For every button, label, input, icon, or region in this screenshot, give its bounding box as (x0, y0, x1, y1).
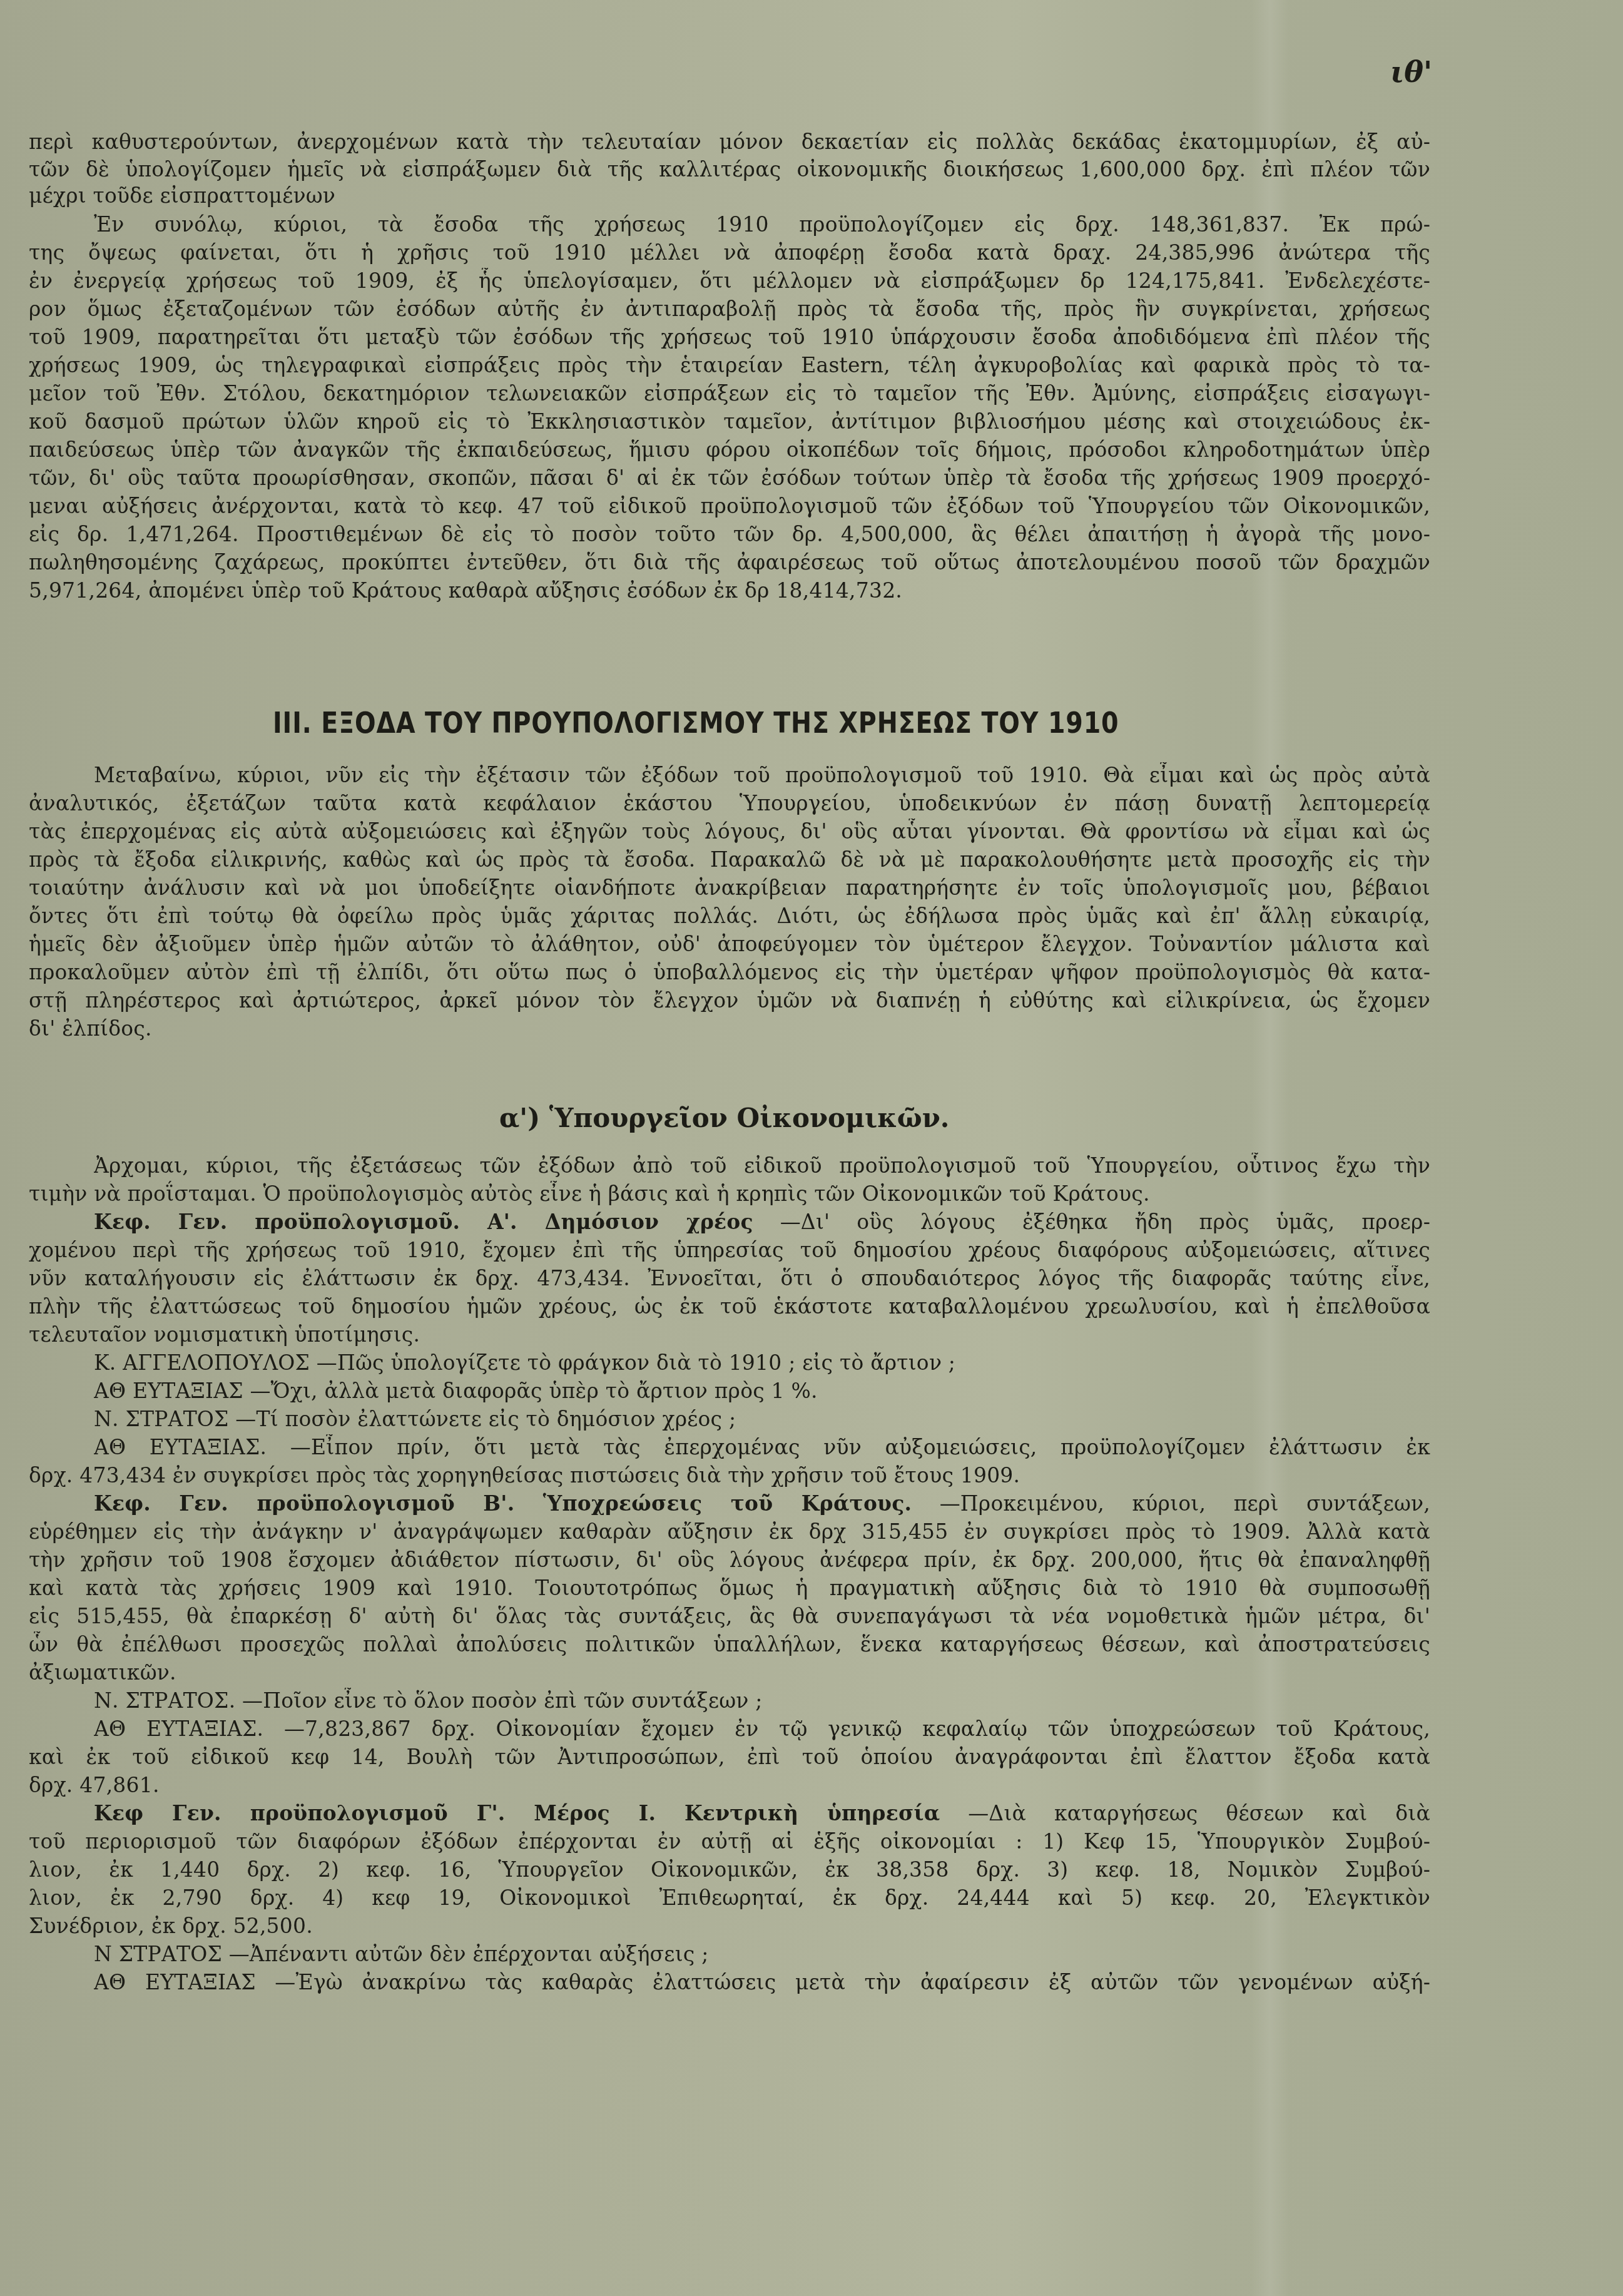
text-line: νῦν καταλήγουσιν εἰς ἐλάττωσιν ἐκ δρχ. 4… (29, 1265, 1430, 1292)
text-line-content: πλὴν τῆς ἐλαττώσεως τοῦ δημοσίου ἡμῶν χρ… (29, 1294, 1430, 1319)
text-line-content: Ἐν συνόλῳ, κύριοι, τὰ ἔσοδα τῆς χρήσεως … (94, 212, 1430, 237)
text-line-content: τὰς ἐπερχομένας εἰς αὐτὰ αὐξομειώσεις κα… (29, 819, 1430, 844)
text-line-content: ρον ὅμως ἐξεταζομένων τῶν ἐσόδων αὐτῆς ἐ… (29, 297, 1430, 321)
text-line: Ἀρχομαι, κύριοι, τῆς ἐξετάσεως τῶν ἐξόδω… (94, 1153, 1430, 1179)
text-line-content: ἡμεῖς δὲν ἀξιοῦμεν ὑπὲρ ἡμῶν αὐτῶν τὸ ἀλ… (29, 932, 1430, 956)
text-line: τὴν χρῆσιν τοῦ 1908 ἔσχομεν ἀδιάθετον πί… (29, 1547, 1430, 1573)
text-line-content: Ν. ΣΤΡΑΤΟΣ —Τί ποσὸν ἐλαττώνετε εἰς τὸ δ… (94, 1407, 736, 1431)
text-line: Συνέδριον, ἐκ δρχ. 52,500. (29, 1913, 1430, 1939)
text-line-content: εἰς δρ. 1,471,264. Προστιθεμένων δὲ εἰς … (29, 522, 1430, 546)
text-line: τοῦ περιορισμοῦ τῶν διαφόρων ἐξόδων ἐπέρ… (29, 1829, 1430, 1855)
text-line-content: ΑΘ ΕΥΤΑΞΙΑΣ. —Εἶπον πρίν, ὅτι μετὰ τὰς ἐ… (94, 1435, 1430, 1459)
text-line-content: ΑΘ ΕΥΤΑΞΙΑΣ. —7,823,867 δρχ. Οἰκονομίαν … (94, 1717, 1430, 1741)
text-line: παιδεύσεως ὑπὲρ τῶν ἀναγκῶν τῆς ἐκπαιδεύ… (29, 437, 1430, 463)
text-line-content: τὴν χρῆσιν τοῦ 1908 ἔσχομεν ἀδιάθετον πί… (29, 1548, 1430, 1572)
text-line: ΑΘ ΕΥΤΑΞΙΑΣ —Ἐγὼ ἀνακρίνω τὰς καθαρὰς ἐλ… (94, 1969, 1430, 1996)
chapter-label: Κεφ. Γεν. προϋπολογισμοῦ. Α'. Δημόσιον χ… (94, 1210, 753, 1234)
text-line-content: εἰς 515,455, θὰ ἐπαρκέσῃ δ' αὐτὴ δι' ὅλα… (29, 1604, 1430, 1628)
text-line-content: Ν. ΣΤΡΑΤΟΣ. —Ποῖον εἶνε τὸ ὅλον ποσὸν ἐπ… (94, 1688, 763, 1713)
text-line-content: πωληθησομένης ζαχάρεως, προκύπτει ἐντεῦθ… (29, 550, 1430, 574)
text-line: ἀξιωματικῶν. (29, 1660, 1430, 1686)
text-line: λιον, ἐκ 1,440 δρχ. 2) κεφ. 16, Ὑπουργεῖ… (29, 1857, 1430, 1883)
text-line-content: Ἀρχομαι, κύριοι, τῆς ἐξετάσεως τῶν ἐξόδω… (94, 1153, 1430, 1178)
text-line: τῶν δὲ ὑπολογίζομεν ἡμεῖς νὰ εἰσπράξωμεν… (29, 156, 1430, 183)
text-line-content: χομένου περὶ τῆς χρήσεως τοῦ 1910, ἔχομε… (29, 1238, 1430, 1262)
text-line: δρχ. 473,434 ἐν συγκρίσει πρὸς τὰς χορηγ… (29, 1462, 1430, 1489)
text-line: ὄντες ὅτι ἐπὶ τούτῳ θὰ ὀφείλω πρὸς ὑμᾶς … (29, 903, 1430, 929)
text-line-content: ἀναλυτικός, ἐξετάζων ταῦτα κατὰ κεφάλαιο… (29, 791, 1430, 815)
text-line: δι' ἐλπίδος. (29, 1016, 1430, 1042)
text-line-content: καὶ ἐκ τοῦ εἰδικοῦ κεφ 14, Βουλὴ τῶν Ἀντ… (29, 1745, 1430, 1769)
text-line-content: δρχ. 47,861. (29, 1773, 160, 1797)
text-line-content: δι' ἐλπίδος. (29, 1016, 152, 1041)
text-line: πωληθησομένης ζαχάρεως, προκύπτει ἐντεῦθ… (29, 549, 1430, 576)
text-line: τοιαύτην ἀνάλυσιν καὶ νὰ μοι ὑποδείξητε … (29, 875, 1430, 901)
text-line-content: ἀξιωματικῶν. (29, 1660, 176, 1685)
text-line: ἐν ἐνεργείᾳ χρήσεως τοῦ 1909, ἐξ ἧς ὑπελ… (29, 268, 1430, 294)
text-line-content: —Προκειμένου, κύριοι, περὶ συντάξεων, (912, 1491, 1430, 1516)
text-line-content: τιμὴν νὰ προΐσταμαι. Ὁ προϋπολογισμὸς αὐ… (29, 1181, 1150, 1206)
text-line: της ὄψεως φαίνεται, ὅτι ἡ χρῆσις τοῦ 191… (29, 240, 1430, 266)
text-line: πρὸς τὰ ἔξοδα εἰλικρινής, καθὼς καὶ ὡς π… (29, 847, 1430, 873)
text-line-content: περὶ καθυστερούντων, ἀνερχομένων κατὰ τὴ… (29, 130, 1430, 154)
text-line-content: προκαλοῦμεν αὐτὸν ἐπὶ τῇ ἐλπίδι, ὅτι οὕτ… (29, 960, 1430, 984)
text-line: κοῦ δασμοῦ πρώτων ὑλῶν κηροῦ εἰς τὸ Ἐκκλ… (29, 409, 1430, 435)
text-line-content: ἐν ἐνεργείᾳ χρήσεως τοῦ 1909, ἐξ ἧς ὑπελ… (29, 268, 1430, 293)
text-line: χομένου περὶ τῆς χρήσεως τοῦ 1910, ἔχομε… (29, 1237, 1430, 1263)
text-line-content: ΑΘ ΕΥΤΑΞΙΑΣ —Ἐγὼ ἀνακρίνω τὰς καθαρὰς ἐλ… (94, 1970, 1430, 1994)
page-number: ιθ' (1390, 55, 1432, 89)
text-line-content: 5,971,264, ἀπομένει ὑπὲρ τοῦ Κράτους καθ… (29, 578, 902, 603)
text-line-content: καὶ κατὰ τὰς χρήσεις 1909 καὶ 1910. Τοιο… (29, 1576, 1430, 1600)
text-line: ΑΘ ΕΥΤΑΞΙΑΣ. —Εἶπον πρίν, ὅτι μετὰ τὰς ἐ… (94, 1434, 1430, 1461)
text-line: Ν ΣΤΡΑΤΟΣ —Ἀπέναντι αὐτῶν δὲν ἐπέρχονται… (94, 1941, 1430, 1967)
text-line-content: χρήσεως 1909, ὡς τηλεγραφικαὶ εἰσπράξεις… (29, 353, 1430, 377)
text-line-content: ὄντες ὅτι ἐπὶ τούτῳ θὰ ὀφείλω πρὸς ὑμᾶς … (29, 904, 1430, 928)
text-line: τοῦ 1909, παρατηρεῖται ὅτι μεταξὺ τῶν ἐσ… (29, 324, 1430, 350)
subsection-heading: α') Ὑπουργεῖον Οἰκονομικῶν. (499, 1103, 949, 1133)
text-line: Κεφ. Γεν. προϋπολογισμοῦ Β'. Ὑποχρεώσεις… (94, 1491, 1430, 1517)
text-line-content: πρὸς τὰ ἔξοδα εἰλικρινής, καθὼς καὶ ὡς π… (29, 847, 1430, 872)
text-line-content: —Δι' οὓς λόγους ἐξέθηκα ἤδη πρὸς ὑμᾶς, π… (753, 1210, 1430, 1234)
text-line: τῶν, δι' οὓς ταῦτα προωρίσθησαν, σκοπῶν,… (29, 465, 1430, 491)
text-line-content: της ὄψεως φαίνεται, ὅτι ἡ χρῆσις τοῦ 191… (29, 240, 1430, 265)
text-line: μέχρι τοῦδε εἰσπραττομένων (29, 183, 1430, 209)
text-line-content: ΑΘ ΕΥΤΑΞΙΑΣ —Ὄχι, ἀλλὰ μετὰ διαφορᾶς ὑπὲ… (94, 1379, 818, 1403)
text-line: Ν. ΣΤΡΑΤΟΣ. —Ποῖον εἶνε τὸ ὅλον ποσὸν ἐπ… (94, 1688, 1430, 1714)
text-line-content: Μεταβαίνω, κύριοι, νῦν εἰς τὴν ἐξέτασιν … (94, 763, 1430, 787)
text-line: Ν. ΣΤΡΑΤΟΣ —Τί ποσὸν ἐλαττώνετε εἰς τὸ δ… (94, 1406, 1430, 1432)
text-line-content: Ν ΣΤΡΑΤΟΣ —Ἀπέναντι αὐτῶν δὲν ἐπέρχονται… (94, 1942, 708, 1966)
text-line: τιμὴν νὰ προΐσταμαι. Ὁ προϋπολογισμὸς αὐ… (29, 1181, 1430, 1207)
text-line: Κ. ΑΓΓΕΛΟΠΟΥΛΟΣ —Πῶς ὑπολογίζετε τὸ φράγ… (94, 1350, 1430, 1376)
text-line-content: τοῦ 1909, παρατηρεῖται ὅτι μεταξὺ τῶν ἐσ… (29, 325, 1430, 349)
text-line: ἡμεῖς δὲν ἀξιοῦμεν ὑπὲρ ἡμῶν αὐτῶν τὸ ἀλ… (29, 931, 1430, 957)
text-line-content: στῇ πληρέστερος καὶ ἀρτιώτερος, ἀρκεῖ μό… (29, 988, 1430, 1013)
text-line-content: εὑρέθημεν εἰς τὴν ἀνάγκην ν' ἀναγράψωμεν… (29, 1519, 1430, 1544)
text-line-content: μεναι αὐξήσεις ἀνέρχονται, κατὰ τὸ κεφ. … (29, 494, 1430, 518)
text-line-content: μεῖον τοῦ Ἐθν. Στόλου, δεκατημόριον τελω… (29, 381, 1430, 406)
text-line: εἰς 515,455, θὰ ἐπαρκέσῃ δ' αὐτὴ δι' ὅλα… (29, 1603, 1430, 1630)
text-line: Κεφ. Γεν. προϋπολογισμοῦ. Α'. Δημόσιον χ… (94, 1209, 1430, 1235)
text-line: στῇ πληρέστερος καὶ ἀρτιώτερος, ἀρκεῖ μό… (29, 987, 1430, 1014)
text-line: Ἐν συνόλῳ, κύριοι, τὰ ἔσοδα τῆς χρήσεως … (94, 212, 1430, 238)
text-line: λιον, ἐκ 2,790 δρχ. 4) κεφ 19, Οἰκονομικ… (29, 1885, 1430, 1911)
text-line-content: τοιαύτην ἀνάλυσιν καὶ νὰ μοι ὑποδείξητε … (29, 875, 1430, 900)
text-line-content: —Διὰ καταργήσεως θέσεων καὶ διὰ (940, 1801, 1430, 1825)
text-line-content: δρχ. 473,434 ἐν συγκρίσει πρὸς τὰς χορηγ… (29, 1463, 1020, 1487)
text-line: ΑΘ ΕΥΤΑΞΙΑΣ —Ὄχι, ἀλλὰ μετὰ διαφορᾶς ὑπὲ… (94, 1378, 1430, 1404)
text-line: δρχ. 47,861. (29, 1772, 1430, 1799)
text-line: εὑρέθημεν εἰς τὴν ἀνάγκην ν' ἀναγράψωμεν… (29, 1519, 1430, 1545)
text-line-content: κοῦ δασμοῦ πρώτων ὑλῶν κηροῦ εἰς τὸ Ἐκκλ… (29, 409, 1430, 434)
text-line: μεναι αὐξήσεις ἀνέρχονται, κατὰ τὸ κεφ. … (29, 493, 1430, 519)
text-line: χρήσεως 1909, ὡς τηλεγραφικαὶ εἰσπράξεις… (29, 352, 1430, 379)
text-line-content: παιδεύσεως ὑπὲρ τῶν ἀναγκῶν τῆς ἐκπαιδεύ… (29, 437, 1430, 462)
text-line: περὶ καθυστερούντων, ἀνερχομένων κατὰ τὴ… (29, 129, 1430, 155)
chapter-label: Κεφ. Γεν. προϋπολογισμοῦ Β'. Ὑποχρεώσεις… (94, 1491, 912, 1516)
text-line: ρον ὅμως ἐξεταζομένων τῶν ἐσόδων αὐτῆς ἐ… (29, 296, 1430, 322)
text-line-content: ὧν θὰ ἐπέλθωσι προσεχῶς πολλαὶ ἀπολύσεις… (29, 1632, 1430, 1656)
text-line-content: Κ. ΑΓΓΕΛΟΠΟΥΛΟΣ —Πῶς ὑπολογίζετε τὸ φράγ… (94, 1350, 955, 1375)
text-line: Κεφ Γεν. προϋπολογισμοῦ Γ'. Μέρος Ι. Κεν… (94, 1800, 1430, 1827)
text-line-content: τῶν, δι' οὓς ταῦτα προωρίσθησαν, σκοπῶν,… (29, 466, 1430, 490)
text-line: προκαλοῦμεν αὐτὸν ἐπὶ τῇ ἐλπίδι, ὅτι οὕτ… (29, 959, 1430, 986)
text-line-content: τῶν δὲ ὑπολογίζομεν ἡμεῖς νὰ εἰσπράξωμεν… (29, 157, 1430, 181)
text-line: ὧν θὰ ἐπέλθωσι προσεχῶς πολλαὶ ἀπολύσεις… (29, 1631, 1430, 1658)
section-heading: III. ΕΞΟΔΑ ΤΟΥ ΠΡΟΥΠΟΛΟΓΙΣΜΟΥ ΤΗΣ ΧΡΗΣΕΩ… (273, 706, 1119, 740)
text-line-content: μέχρι τοῦδε εἰσπραττομένων (29, 183, 335, 208)
text-line: πλὴν τῆς ἐλαττώσεως τοῦ δημοσίου ἡμῶν χρ… (29, 1293, 1430, 1320)
text-line: ἀναλυτικός, ἐξετάζων ταῦτα κατὰ κεφάλαιο… (29, 790, 1430, 817)
chapter-label: Κεφ Γεν. προϋπολογισμοῦ Γ'. Μέρος Ι. Κεν… (94, 1801, 940, 1825)
text-line: τελευταῖον νομισματικὴ ὑποτίμησις. (29, 1322, 1430, 1348)
text-line: καὶ ἐκ τοῦ εἰδικοῦ κεφ 14, Βουλὴ τῶν Ἀντ… (29, 1744, 1430, 1770)
text-line: 5,971,264, ἀπομένει ὑπὲρ τοῦ Κράτους καθ… (29, 578, 1430, 604)
text-line-content: Συνέδριον, ἐκ δρχ. 52,500. (29, 1914, 313, 1938)
text-line: ΑΘ ΕΥΤΑΞΙΑΣ. —7,823,867 δρχ. Οἰκονομίαν … (94, 1716, 1430, 1742)
text-line-content: τοῦ περιορισμοῦ τῶν διαφόρων ἐξόδων ἐπέρ… (29, 1829, 1430, 1854)
text-line-content: λιον, ἐκ 2,790 δρχ. 4) κεφ 19, Οἰκονομικ… (29, 1885, 1430, 1910)
text-line: τὰς ἐπερχομένας εἰς αὐτὰ αὐξομειώσεις κα… (29, 819, 1430, 845)
text-line-content: νῦν καταλήγουσιν εἰς ἐλάττωσιν ἐκ δρχ. 4… (29, 1266, 1430, 1290)
text-line: καὶ κατὰ τὰς χρήσεις 1909 καὶ 1910. Τοιο… (29, 1575, 1430, 1601)
text-line: Μεταβαίνω, κύριοι, νῦν εἰς τὴν ἐξέτασιν … (94, 762, 1430, 788)
text-line-content: τελευταῖον νομισματικὴ ὑποτίμησις. (29, 1322, 420, 1347)
text-line: εἰς δρ. 1,471,264. Προστιθεμένων δὲ εἰς … (29, 521, 1430, 548)
text-line: μεῖον τοῦ Ἐθν. Στόλου, δεκατημόριον τελω… (29, 380, 1430, 407)
text-line-content: λιον, ἐκ 1,440 δρχ. 2) κεφ. 16, Ὑπουργεῖ… (29, 1857, 1430, 1882)
